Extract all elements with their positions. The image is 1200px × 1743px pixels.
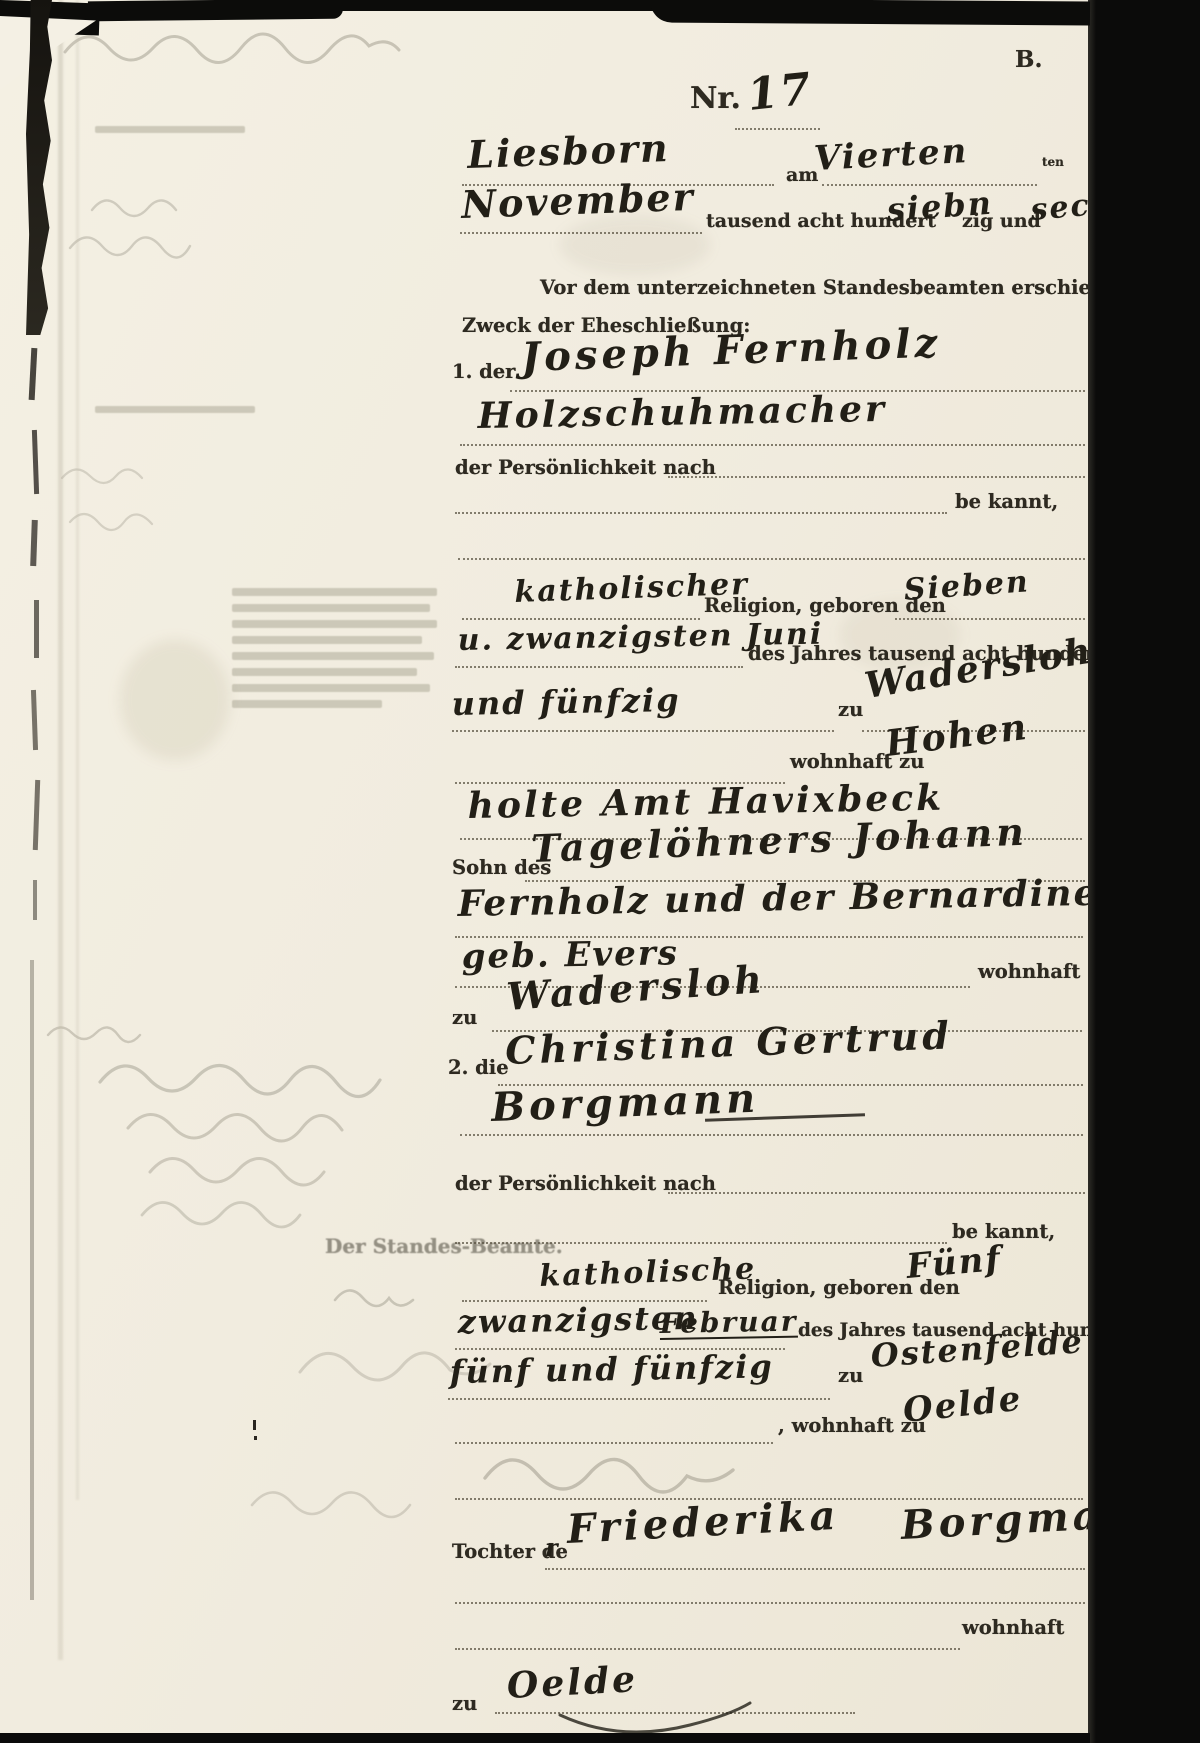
dotted-rule [455, 1442, 773, 1444]
groom-birth-year-handwritten: und fünfzig [451, 684, 680, 720]
groom-parents-handwritten: Fernholz und der Bernardine [457, 875, 1098, 922]
dotted-rule [668, 1192, 1085, 1194]
dotted-rule [495, 1712, 855, 1714]
torn-left-fragment [30, 960, 34, 1600]
groom-resident2-label: wohnhaft [978, 962, 1080, 982]
dotted-rule [455, 1648, 960, 1650]
bleed-standesbeamte-text: Der Standes-Beamte. [325, 1236, 563, 1256]
record-number-value: 17 [745, 67, 814, 118]
dotted-rule [455, 512, 947, 514]
groom-zu-label: zu [838, 700, 863, 720]
scan-right-edge [1088, 0, 1200, 1743]
paper-stain [120, 640, 230, 760]
paper-stain [560, 215, 710, 275]
month-handwritten: November [461, 178, 695, 224]
bleed-paragraph-line [232, 620, 437, 628]
groom-zu2-label: zu [452, 1008, 477, 1028]
groom-known-label: be kannt, [955, 492, 1058, 512]
groom-index-label: 1. der [452, 362, 515, 382]
bride-zu-label: zu [838, 1366, 863, 1386]
am-label: am [786, 166, 818, 185]
dotted-rule [455, 666, 743, 668]
bride-birth-day-handwritten: Fünf [905, 1242, 1003, 1284]
bride-daughter-r-handwritten: r [545, 1536, 560, 1560]
dotted-rule [455, 1602, 1085, 1604]
scanned-marriage-record: Der Standes-Beamte. B. Nr. 17 Liesborn a… [0, 0, 1200, 1743]
bride-personality-label: der Persönlichkeit nach [455, 1174, 716, 1194]
groom-birth-day-handwritten: Sieben [903, 567, 1031, 606]
dotted-rule [448, 1398, 830, 1400]
bleed-paragraph-line [232, 604, 430, 612]
dotted-rule [735, 128, 820, 130]
groom-occupation-handwritten: Holzschuhmacher [477, 391, 887, 434]
torn-top-edge [88, 0, 343, 21]
dotted-rule [895, 618, 1085, 620]
fold-crease [76, 0, 79, 1500]
day-handwritten: Vierten [813, 134, 969, 176]
dotted-rule [452, 730, 834, 732]
ink-mark [254, 1436, 257, 1440]
record-number-label: Nr. [690, 84, 741, 114]
registry-place-handwritten: Liesborn [467, 129, 670, 174]
dotted-rule [460, 232, 702, 234]
dotted-rule [545, 1568, 1085, 1570]
bride-zu2-label: zu [452, 1694, 477, 1714]
bleed-paragraph-line [232, 700, 382, 708]
dotted-rule [455, 1242, 947, 1244]
bleed-text-line [95, 126, 245, 133]
dotted-rule [458, 558, 1085, 560]
bride-index-label: 2. die [448, 1058, 509, 1078]
bleed-paragraph-line [232, 652, 434, 660]
torn-left-fragment [33, 880, 37, 920]
fold-crease [58, 0, 63, 1660]
dotted-rule [460, 1134, 1083, 1136]
bride-birth-month-handwritten: Februar [659, 1308, 797, 1340]
bride-resident2-label: wohnhaft [962, 1618, 1064, 1638]
bride-mother-place-handwritten: Oelde [506, 1661, 639, 1704]
bleed-text-line [95, 406, 255, 413]
bleed-paragraph-line [232, 588, 437, 596]
groom-personality-label: der Persönlichkeit nach [455, 458, 716, 478]
torn-left-fragment [34, 600, 39, 658]
dotted-rule [460, 444, 1085, 446]
scan-bottom-edge [0, 1733, 1090, 1743]
torn-top-edge [650, 0, 1090, 26]
ink-mark [253, 1420, 256, 1430]
dotted-rule [822, 184, 1037, 186]
bride-birth-year-handwritten: fünf und fünfzig [449, 1350, 774, 1388]
bleed-paragraph-line [232, 636, 422, 644]
zig-und-printed: zig und [962, 212, 1041, 231]
page-letter: B. [1015, 48, 1042, 71]
bleed-paragraph-line [232, 684, 430, 692]
torn-top-edge [335, 0, 695, 11]
dotted-rule [668, 476, 1085, 478]
ten-suffix: ten [1042, 156, 1064, 168]
bleed-paragraph-line [232, 668, 417, 676]
bride-known-label: be kannt, [952, 1222, 1055, 1242]
